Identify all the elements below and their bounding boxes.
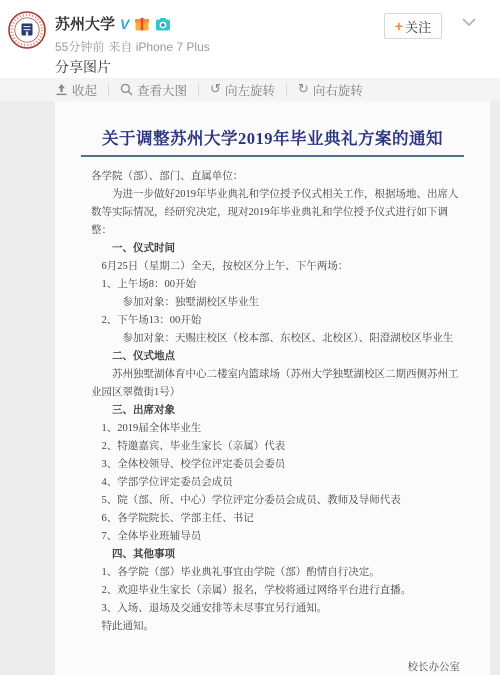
view-large-button[interactable]: 查看大图 (120, 81, 187, 99)
doc-paragraph: 5、院（部、所、中心）学位评定分委员会成员、教师及导师代表 (91, 492, 468, 510)
doc-paragraph: 1、2019届全体毕业生 (91, 420, 468, 438)
doc-signature: 校长办公室 (408, 659, 461, 674)
gift-badge-icon (134, 16, 150, 32)
rotate-right-icon: ↻ (298, 83, 309, 96)
doc-paragraph: 苏州独墅湖体育中心二楼室内篮球场（苏州大学独墅湖校区二期西侧苏州工业园区翠微街1… (91, 366, 468, 402)
doc-paragraph: 3、全体校领导、校学位评定委员会委员 (91, 456, 468, 474)
rotate-right-label: 向右旋转 (313, 81, 363, 99)
doc-title: 关于调整苏州大学2019年毕业典礼方案的通知 (73, 125, 472, 149)
rotate-left-button[interactable]: ↺ 向左旋转 (210, 81, 275, 99)
toolbar-divider (108, 84, 109, 96)
doc-paragraph: 为进一步做好2019年毕业典礼和学位授予仪式相关工作，根据场地、出席人数等实际情… (91, 186, 468, 240)
image-toolbar: 收起 查看大图 ↺ 向左旋转 ↻ 向右旋转 (0, 78, 500, 101)
avatar[interactable] (8, 11, 46, 49)
doc-paragraph: 4、学部学位评定委员会成员 (91, 474, 468, 492)
follow-button[interactable]: +关注 (384, 13, 442, 39)
plus-icon: + (395, 18, 403, 34)
doc-paragraph: 3、入场、退场及交通安排等未尽事宜另行通知。 (91, 600, 468, 618)
collapse-label: 收起 (72, 81, 97, 99)
attached-image[interactable]: 关于调整苏州大学2019年毕业典礼方案的通知 各学院（部）、部门、直属单位： 为… (0, 101, 500, 675)
doc-paragraph: 6、各学院院长、学部主任、书记 (91, 510, 468, 528)
weibo-post: 苏州大学 V 55分钟前来自 iPhone 7 Plus 分享图片 +关注 (0, 0, 500, 675)
doc-paragraph: 参加对象：天赐庄校区（校本部、东校区、北校区）、阳澄湖校区毕业生 (91, 330, 468, 348)
notice-document: 关于调整苏州大学2019年毕业典礼方案的通知 各学院（部）、部门、直属单位： 为… (55, 101, 490, 675)
post-meta: 55分钟前来自 iPhone 7 Plus (55, 38, 214, 55)
doc-paragraph: 2、欢迎毕业生家长（亲属）报名，学校将通过网络平台进行直播。 (91, 582, 468, 600)
toolbar-divider (286, 84, 287, 96)
view-large-label: 查看大图 (137, 81, 187, 99)
doc-paragraph: 7、全体毕业班辅导员 (91, 528, 468, 546)
doc-paragraph: 1、上午场8：00开始 (91, 276, 468, 294)
toolbar-divider (198, 84, 199, 96)
verified-badge-icon: V (120, 17, 129, 31)
magnifier-icon (120, 83, 133, 96)
rotate-left-label: 向左旋转 (225, 81, 275, 99)
rotate-left-icon: ↺ (210, 83, 221, 96)
camera-badge-icon (155, 16, 171, 32)
doc-paragraph: 特此通知。 (91, 618, 468, 636)
title-underline (81, 155, 464, 157)
user-line: 苏州大学 V (55, 13, 171, 34)
post-source[interactable]: 来自 iPhone 7 Plus (108, 40, 209, 54)
doc-paragraph: 6月25日（星期二）全天，按校区分上午、下午两场： (91, 258, 468, 276)
doc-section-heading: 一、仪式时间 (91, 240, 468, 258)
post-text: 分享图片 (55, 57, 111, 77)
username[interactable]: 苏州大学 (55, 13, 115, 34)
collapse-icon (55, 84, 68, 96)
doc-section-heading: 四、其他事项 (91, 546, 468, 564)
doc-paragraph: 2、特邀嘉宾、毕业生家长（亲属）代表 (91, 438, 468, 456)
chevron-down-icon[interactable] (462, 18, 476, 27)
doc-paragraph: 1、各学院（部）毕业典礼事宜由学院（部）酌情自行决定。 (91, 564, 468, 582)
doc-body: 各学院（部）、部门、直属单位： 为进一步做好2019年毕业典礼和学位授予仪式相关… (55, 168, 490, 636)
doc-section-heading: 三、出席对象 (91, 402, 468, 420)
collapse-button[interactable]: 收起 (55, 81, 97, 99)
follow-label: 关注 (405, 17, 431, 36)
doc-section-heading: 二、仪式地点 (91, 348, 468, 366)
rotate-right-button[interactable]: ↻ 向右旋转 (298, 81, 363, 99)
timestamp: 55分钟前 (55, 40, 104, 54)
doc-paragraph: 2、下午场13：00开始 (91, 312, 468, 330)
doc-paragraph: 参加对象：独墅湖校区毕业生 (91, 294, 468, 312)
doc-paragraph: 各学院（部）、部门、直属单位： (91, 168, 468, 186)
